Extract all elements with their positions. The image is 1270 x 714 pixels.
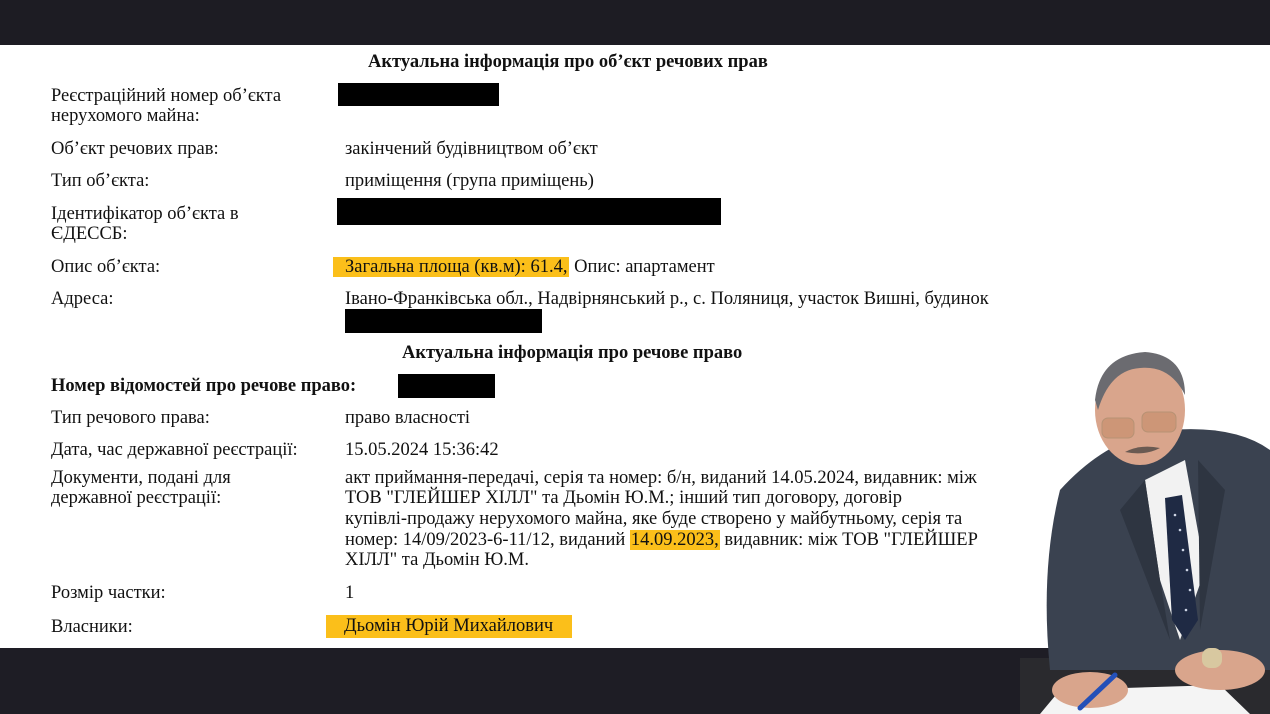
label-object-type: Тип об’єкта: [51, 170, 149, 192]
label-reg-number-l1: Реєстраційний номер об’єкта [51, 85, 281, 107]
documents-line-4: номер: 14/09/2023-6-11/12, виданий 14.09… [345, 529, 978, 551]
documents-line-2: ТОВ "ГЛЕЙШЕР ХІЛЛ" та Дьомін Ю.М.; інший… [345, 487, 902, 509]
label-documents-l2: державної реєстрації: [51, 487, 221, 509]
label-object-description: Опис об’єкта: [51, 256, 160, 278]
label-address: Адреса: [51, 288, 113, 310]
label-edessb-id-l2: ЄДЕССБ: [51, 223, 128, 245]
documents-line-5: ХІЛЛ" та Дьомін Ю.М. [345, 549, 529, 571]
section1-title: Актуальна інформація про об’єкт речових … [368, 51, 768, 73]
value-share-size: 1 [345, 582, 354, 604]
label-reg-number-l2: нерухомого майна: [51, 105, 200, 127]
value-address: Івано-Франківська обл., Надвірнянський р… [345, 288, 989, 310]
highlight-contract-date: 14.09.2023, [630, 530, 720, 550]
label-registration-datetime: Дата, час державної реєстрації: [51, 439, 298, 461]
highlight-owner-name: Дьомін Юрій Михайлович [326, 615, 572, 638]
label-share-size: Розмір частки: [51, 582, 166, 604]
value-object-rights: закінчений будівництвом об’єкт [345, 138, 598, 160]
documents-line-3: купівлі-продажу нерухомого майна, яке бу… [345, 508, 962, 530]
section2-title: Актуальна інформація про речове право [402, 342, 742, 364]
redaction-edessb-id [337, 198, 721, 225]
redaction-reg-number [338, 83, 499, 106]
value-registration-datetime: 15.05.2024 15:36:42 [345, 439, 499, 461]
man-in-suit-illustration [1020, 340, 1270, 714]
value-owners: Дьомін Юрій Михайлович [326, 615, 572, 637]
label-owners: Власники: [51, 616, 133, 638]
label-object-rights: Об’єкт речових прав: [51, 138, 219, 160]
redaction-record-number [398, 374, 495, 398]
label-right-type: Тип речового права: [51, 407, 210, 429]
documents-line-1: акт приймання-передачі, серія та номер: … [345, 467, 977, 489]
person-photo [1020, 340, 1270, 714]
value-object-description: Загальна площа (кв.м): 61.4, Опис: апарт… [333, 256, 715, 278]
label-record-number: Номер відомостей про речове право: [51, 375, 356, 397]
value-object-type: приміщення (група приміщень) [345, 170, 594, 192]
label-edessb-id-l1: Ідентифікатор об’єкта в [51, 203, 239, 225]
top-dark-band [0, 0, 1270, 45]
redaction-house-number [345, 309, 542, 333]
highlight-area: Загальна площа (кв.м): 61.4, [333, 257, 569, 277]
value-right-type: право власності [345, 407, 470, 429]
label-documents-l1: Документи, подані для [51, 467, 231, 489]
